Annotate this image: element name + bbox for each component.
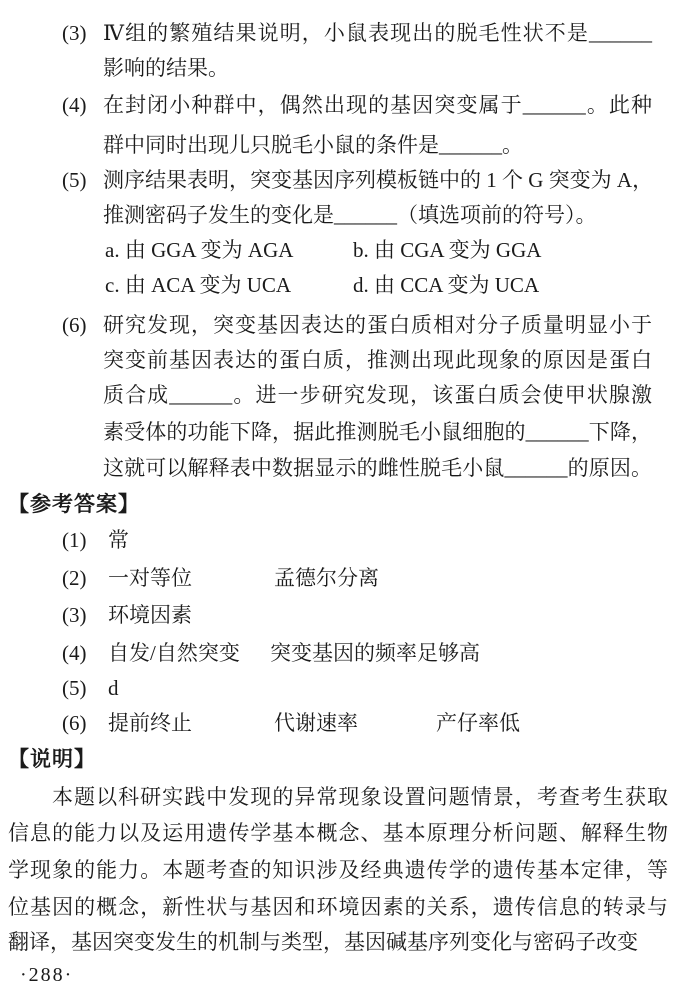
answer-1-number: (1) xyxy=(62,522,87,558)
question-5-option-d: d. 由 CCA 变为 UCA xyxy=(353,267,539,303)
answer-6-value-3: 产仔率低 xyxy=(436,705,520,741)
question-3-line-1: Ⅳ组的繁殖结果说明，小鼠表现出的脱毛性状不是______ xyxy=(103,15,652,51)
question-6-line-5: 这就可以解释表中数据显示的雌性脱毛小鼠______的原因。 xyxy=(103,450,652,486)
question-6-line-2: 突变前基因表达的蛋白质，推测出现此现象的原因是蛋白 xyxy=(103,342,652,378)
answer-3-value: 环境因素 xyxy=(108,597,192,633)
question-6-number: (6) xyxy=(62,307,87,343)
question-6-line-1: 研究发现，突变基因表达的蛋白质相对分子质量明显小于 xyxy=(103,307,652,343)
answer-6-value-1: 提前终止 xyxy=(108,705,192,741)
document-page: (3) Ⅳ组的繁殖结果说明，小鼠表现出的脱毛性状不是______ 影响的结果。 … xyxy=(0,0,676,1007)
question-3-number: (3) xyxy=(62,15,87,51)
answer-2-value-2: 孟德尔分离 xyxy=(274,560,379,596)
notes-line-5: 翻译，基因突变发生的机制与类型，基因碱基序列变化与密码子改变 xyxy=(8,924,668,960)
question-5-option-c: c. 由 ACA 变为 UCA xyxy=(105,267,291,303)
notes-line-3: 学现象的能力。本题考查的知识涉及经典遗传学的遗传基本定律，等 xyxy=(8,852,668,888)
question-3-line-2: 影响的结果。 xyxy=(103,50,652,86)
notes-line-2: 信息的能力以及运用遗传学基本概念、基本原理分析问题、解释生物 xyxy=(8,815,668,851)
question-5-line-2: 推测密码子发生的变化是______（填选项前的符号）。 xyxy=(103,197,652,233)
question-4-line-2: 群中同时出现儿只脱毛小鼠的条件是______。 xyxy=(103,127,652,163)
answer-4-value-2: 突变基因的频率足够高 xyxy=(270,635,480,671)
answer-1-value: 常 xyxy=(108,522,129,558)
answer-4-value-1: 自发/自然突变 xyxy=(108,635,240,671)
page-number: ·288· xyxy=(20,957,73,993)
answer-2-number: (2) xyxy=(62,560,87,596)
question-4-line-1: 在封闭小种群中，偶然出现的基因突变属于______。此种 xyxy=(103,87,652,123)
notes-line-1: 本题以科研实践中发现的异常现象设置问题情景，考查考生获取 xyxy=(8,779,668,815)
question-4-number: (4) xyxy=(62,87,87,123)
question-5-number: (5) xyxy=(62,162,87,198)
answer-6-number: (6) xyxy=(62,705,87,741)
reference-answers-header: 【参考答案】 xyxy=(8,487,140,523)
question-5-option-b: b. 由 CGA 变为 GGA xyxy=(353,232,541,268)
question-5-line-1: 测序结果表明，突变基因序列模板链中的 1 个 G 突变为 A， xyxy=(103,162,652,198)
answer-6-value-2: 代谢速率 xyxy=(274,705,358,741)
answer-3-number: (3) xyxy=(62,597,87,633)
notes-header: 【说明】 xyxy=(8,742,96,778)
answer-5-number: (5) xyxy=(62,670,87,706)
question-6-line-4: 素受体的功能下降，据此推测脱毛小鼠细胞的______下降， xyxy=(103,414,652,450)
question-6-line-3: 质合成______。进一步研究发现，该蛋白质会使甲状腺激 xyxy=(103,377,652,413)
answer-5-value: d xyxy=(108,670,119,706)
answer-4-number: (4) xyxy=(62,635,87,671)
notes-line-4: 位基因的概念，新性状与基因和环境因素的关系，遗传信息的转录与 xyxy=(8,889,668,925)
answer-2-value-1: 一对等位 xyxy=(108,560,192,596)
question-5-option-a: a. 由 GGA 变为 AGA xyxy=(105,232,293,268)
